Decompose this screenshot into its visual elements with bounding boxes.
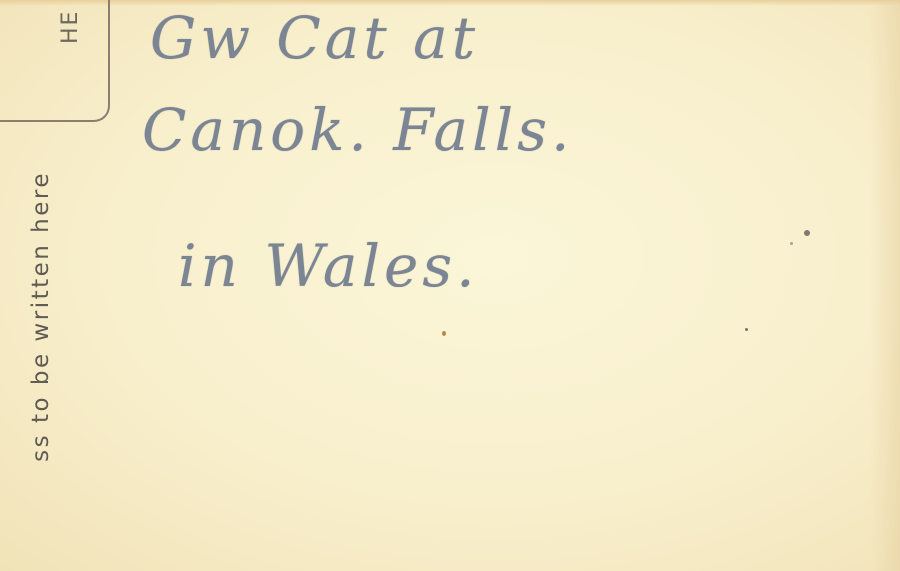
stamp-box-label: HE bbox=[58, 10, 83, 44]
paper-speck bbox=[804, 230, 810, 236]
paper-speck bbox=[790, 242, 793, 245]
handwriting-line-1: Gw Cat at bbox=[150, 4, 479, 72]
stamp-box bbox=[0, 0, 110, 122]
address-side-label: ss to be written here bbox=[28, 171, 54, 571]
postcard-back: HE ss to be written here Gw Cat at Canok… bbox=[0, 0, 900, 571]
handwriting-line-3: in Wales. bbox=[178, 232, 479, 300]
paper-speck bbox=[442, 331, 446, 336]
handwriting-line-2: Canok. Falls. bbox=[142, 96, 573, 164]
paper-speck bbox=[745, 328, 748, 331]
